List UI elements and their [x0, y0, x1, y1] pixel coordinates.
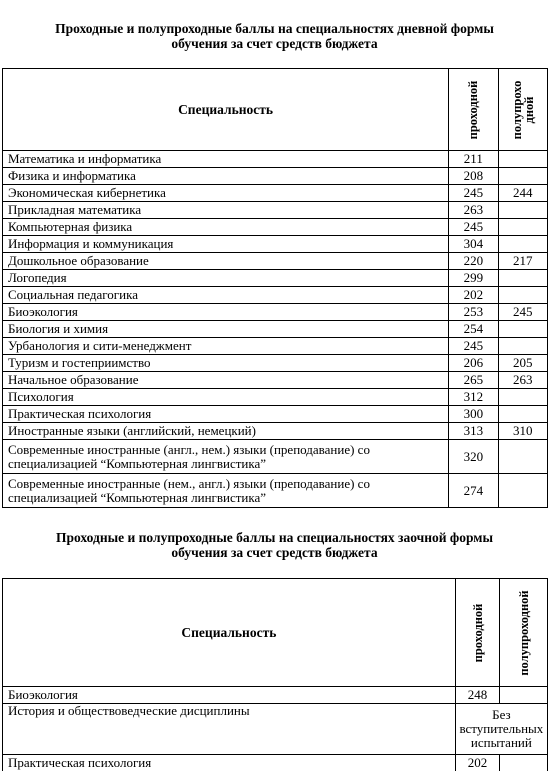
passing-score: 245: [449, 185, 498, 202]
semi-passing-score: [498, 406, 547, 423]
semi-passing-score: [498, 168, 547, 185]
header-specialty: Специальность: [3, 579, 456, 687]
passing-score: 313: [449, 423, 498, 440]
specialty-name: Иностранные языки (английский, немецкий): [3, 423, 449, 440]
specialty-name: Современные иностранные (нем., англ.) яз…: [3, 474, 449, 508]
specialty-name: Социальная педагогика: [3, 287, 449, 304]
semi-passing-score: [498, 287, 547, 304]
semi-passing-score: [498, 151, 547, 168]
header-specialty: Специальность: [3, 69, 449, 151]
note-line: испытаний: [456, 736, 547, 750]
specialty-name: Практическая психология: [3, 755, 456, 771]
specialty-name: Современные иностранные (англ., нем.) яз…: [3, 440, 449, 474]
semi-passing-score: [498, 270, 547, 287]
specialty-name: Прикладная математика: [3, 202, 449, 219]
semi-passing-score: [498, 389, 547, 406]
passing-score: 211: [449, 151, 498, 168]
specialty-name: Логопедия: [3, 270, 449, 287]
specialty-name: Математика и информатика: [3, 151, 449, 168]
passing-score: 274: [449, 474, 498, 508]
table-row: Современные иностранные (англ., нем.) яз…: [3, 440, 548, 474]
specialty-name: Информация и коммуникация: [3, 236, 449, 253]
passing-score: 300: [449, 406, 498, 423]
table-row: Физика и информатика208: [3, 168, 548, 185]
semi-passing-score: 263: [498, 372, 547, 389]
semi-passing-score: [498, 202, 547, 219]
correspondence-scores-table: Специальность проходной полупроходной Би…: [2, 578, 548, 771]
specialty-name: История и обществоведческие дисциплины: [3, 704, 456, 755]
passing-score: 254: [449, 321, 498, 338]
specialty-name: Туризм и гостеприимство: [3, 355, 449, 372]
table-row: Биоэкология253245: [3, 304, 548, 321]
passing-score: 304: [449, 236, 498, 253]
specialty-name: Биология и химия: [3, 321, 449, 338]
specialty-name: Физика и информатика: [3, 168, 449, 185]
table-row: Логопедия299: [3, 270, 548, 287]
passing-score: 245: [449, 219, 498, 236]
title-line-2: обучения за счет средств бюджета: [0, 36, 549, 51]
table-row: Социальная педагогика202: [3, 287, 548, 304]
semi-passing-score: 217: [498, 253, 547, 270]
semi-passing-score: [500, 687, 548, 704]
specialty-name: Практическая психология: [3, 406, 449, 423]
table-header-row: Специальность проходной полупроходной: [3, 579, 548, 687]
passing-score: 220: [449, 253, 498, 270]
table-row: Начальное образование265263: [3, 372, 548, 389]
semi-passing-score: [498, 219, 547, 236]
specialty-name: Биоэкология: [3, 687, 456, 704]
header-passing: проходной: [455, 579, 500, 687]
passing-score: 312: [449, 389, 498, 406]
table-row: Биология и химия254: [3, 321, 548, 338]
semi-passing-score: [498, 338, 547, 355]
semi-passing-score: [498, 321, 547, 338]
specialty-name: Компьютерная физика: [3, 219, 449, 236]
table-row: Биоэкология248: [3, 687, 548, 704]
daytime-section-title: Проходные и полупроходные баллы на специ…: [0, 21, 549, 51]
specialty-name-line: Современные иностранные (нем., англ.) яз…: [8, 477, 448, 491]
specialty-name: Начальное образование: [3, 372, 449, 389]
passing-score: 245: [449, 338, 498, 355]
no-entrance-exams-note: Безвступительныхиспытаний: [455, 704, 547, 755]
table-row: Практическая психология300: [3, 406, 548, 423]
passing-score: 253: [449, 304, 498, 321]
note-line: Без: [456, 708, 547, 722]
passing-score: 208: [449, 168, 498, 185]
table-row: Туризм и гостеприимство206205: [3, 355, 548, 372]
table-row: Дошкольное образование220217: [3, 253, 548, 270]
note-line: вступительных: [456, 722, 547, 736]
table-row: Урбанология и сити-менеджмент245: [3, 338, 548, 355]
specialty-name: Экономическая кибернетика: [3, 185, 449, 202]
title-line-2: обучения за счет средств бюджета: [0, 545, 549, 560]
table-row: Математика и информатика211: [3, 151, 548, 168]
semi-passing-score: [500, 755, 548, 771]
table-row: Психология312: [3, 389, 548, 406]
passing-score: 202: [449, 287, 498, 304]
header-semi-passing: полупроходной: [500, 579, 548, 687]
table-row: Иностранные языки (английский, немецкий)…: [3, 423, 548, 440]
header-passing: проходной: [449, 69, 498, 151]
semi-passing-score: 244: [498, 185, 547, 202]
table-row: Прикладная математика263: [3, 202, 548, 219]
semi-passing-score: [498, 474, 547, 508]
passing-score: 263: [449, 202, 498, 219]
semi-passing-score: 245: [498, 304, 547, 321]
passing-score: 320: [449, 440, 498, 474]
title-line-1: Проходные и полупроходные баллы на специ…: [0, 21, 549, 36]
passing-score: 206: [449, 355, 498, 372]
table-row: Практическая психология202: [3, 755, 548, 771]
passing-score: 265: [449, 372, 498, 389]
semi-passing-score: [498, 236, 547, 253]
table-row: Современные иностранные (нем., англ.) яз…: [3, 474, 548, 508]
header-semi-passing: полупроходной: [498, 69, 547, 151]
semi-passing-score: 310: [498, 423, 547, 440]
specialty-name: Дошкольное образование: [3, 253, 449, 270]
passing-score: 299: [449, 270, 498, 287]
specialty-name: Урбанология и сити-менеджмент: [3, 338, 449, 355]
specialty-name: Биоэкология: [3, 304, 449, 321]
table-row: Информация и коммуникация304: [3, 236, 548, 253]
table-row: Экономическая кибернетика245244: [3, 185, 548, 202]
semi-passing-score: [498, 440, 547, 474]
specialty-name-line: специализацией “Компьютерная лингвистика…: [8, 491, 448, 505]
table-row: Компьютерная физика245: [3, 219, 548, 236]
specialty-name: Психология: [3, 389, 449, 406]
specialty-name-line: Современные иностранные (англ., нем.) яз…: [8, 443, 448, 457]
title-line-1: Проходные и полупроходные баллы на специ…: [0, 530, 549, 545]
daytime-scores-table: Специальность проходной полупроходной Ма…: [2, 68, 548, 508]
passing-score: 202: [455, 755, 500, 771]
correspondence-section-title: Проходные и полупроходные баллы на специ…: [0, 530, 549, 560]
specialty-name-line: специализацией “Компьютерная лингвистика…: [8, 457, 448, 471]
passing-score: 248: [455, 687, 500, 704]
table-row: История и обществоведческие дисциплиныБе…: [3, 704, 548, 755]
table-header-row: Специальность проходной полупроходной: [3, 69, 548, 151]
semi-passing-score: 205: [498, 355, 547, 372]
